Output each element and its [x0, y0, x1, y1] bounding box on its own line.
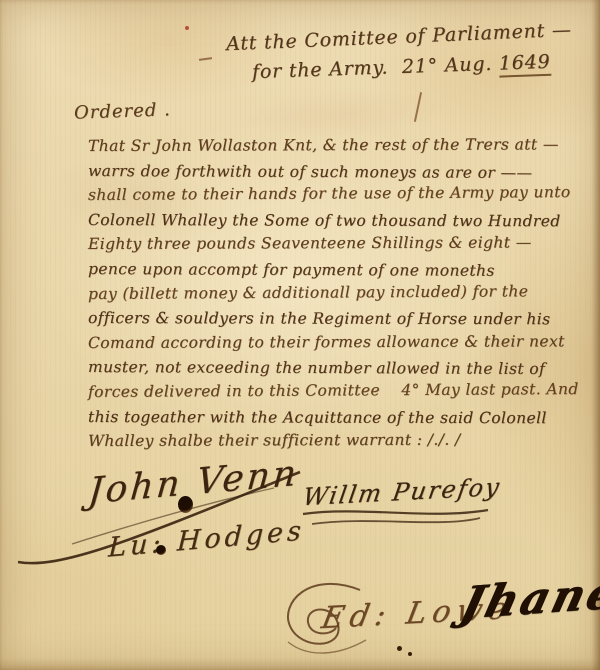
ink-blot: [156, 545, 166, 555]
ink-dot: [408, 652, 412, 656]
manuscript-line: shall come to their hands for the use of…: [88, 180, 588, 208]
manuscript-line: officers & souldyers in the Regiment of …: [88, 306, 588, 332]
body-lines: That Sr John Wollaston Knt, & the rest o…: [88, 134, 588, 454]
ordered-label: Ordered .: [74, 99, 171, 123]
red-ink-speck: [185, 26, 189, 30]
header-date-text: for the Army. 21° Aug.: [252, 53, 500, 84]
ink-dot: [397, 646, 402, 651]
manuscript-line: That Sr John Wollaston Knt, & the rest o…: [88, 132, 588, 158]
manuscript-line: Comand according to their formes allowan…: [88, 329, 588, 355]
manuscript-line: pay (billett money & additionall pay inc…: [88, 279, 588, 307]
signature-willm-purefoy: Willm Purefoy: [301, 473, 503, 512]
manuscript-page: Att the Comittee of Parliament — for the…: [0, 0, 600, 670]
signature-john-venn: John Venn: [87, 453, 301, 513]
ink-blot: [178, 496, 193, 513]
signature-lu-hodges: Lu: Hodges: [108, 515, 306, 563]
manuscript-line: forces delivered in to this Comittee 4° …: [88, 377, 588, 405]
manuscript-line: Whalley shalbe their sufficient warrant …: [88, 427, 588, 453]
manuscript-line: Eighty three pounds Seaventeene Shilling…: [88, 231, 588, 257]
header-line-1: Att the Comittee of Parliament —: [226, 19, 572, 55]
stray-ink-stroke: [414, 92, 422, 122]
header-year: 1649: [499, 51, 551, 78]
signature-jhanes: Jhanes: [456, 565, 600, 630]
header-line-2: for the Army. 21° Aug. 1649: [252, 51, 551, 83]
stray-ink-mark: [199, 57, 212, 61]
